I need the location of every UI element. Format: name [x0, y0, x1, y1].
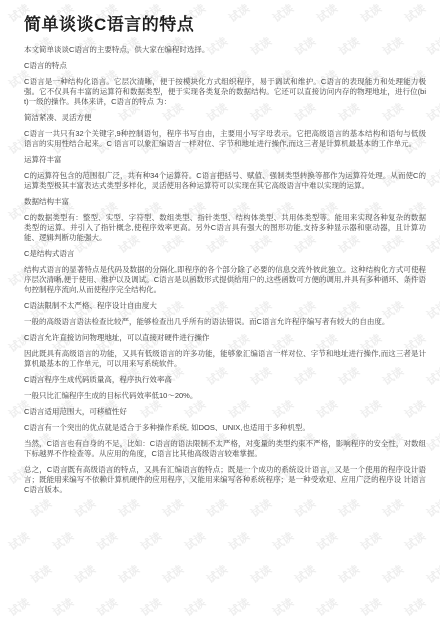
- paragraph: 结构式语言的显著特点是代码及数据的分隔化,即程序的各个部分除了必要的信息交流外彼…: [24, 265, 426, 295]
- watermark-text: 试读: [335, 495, 362, 521]
- page-title: 简单谈谈C语言的特点: [24, 14, 426, 36]
- watermark-text: 试读: [159, 495, 186, 521]
- watermark-text: 试读: [27, 495, 54, 521]
- watermark-text: 试读: [335, 561, 362, 587]
- watermark-text: 试读: [247, 495, 274, 521]
- watermark-text: 试读: [137, 528, 164, 554]
- watermark-text: 试读: [5, 594, 32, 620]
- watermark-text: 试读: [379, 495, 406, 521]
- section-heading: 数据结构丰富: [24, 197, 426, 207]
- paragraph: C语言是一种结构化语言。它层次清晰，便于按模块化方式组织程序，易于调试和维护。C…: [24, 77, 426, 107]
- section-heading: C语法限制不太严格、程序设计自由度大: [24, 301, 426, 311]
- watermark-text: 试读: [423, 495, 440, 521]
- watermark-text: 试读: [247, 561, 274, 587]
- watermark-text: 试读: [401, 594, 428, 620]
- section-heading: C语言程序生成代码质量高，程序执行效率高: [24, 375, 426, 385]
- paragraph: C的数据类型有：整型、实型、字符型、数组类型、指针类型、结构体类型、共用体类型等…: [24, 213, 426, 243]
- watermark-text: 试读: [27, 561, 54, 587]
- paragraph: C语言一共只有32个关键字,9种控制语句，程序书写自由，主要用小写字母表示。它把…: [24, 129, 426, 149]
- watermark-text: 试读: [401, 528, 428, 554]
- watermark-text: 试读: [137, 594, 164, 620]
- section-heading: C语言的特点: [24, 61, 426, 71]
- section-heading: C是结构式语言: [24, 249, 426, 259]
- watermark-text: 试读: [93, 594, 120, 620]
- watermark-text: 试读: [423, 561, 440, 587]
- watermark-text: 试读: [115, 495, 142, 521]
- paragraph: 一般的高级语言语法检查比较严，能够检查出几乎所有的语法错误。而C语言允许程序编写…: [24, 317, 426, 327]
- watermark-text: 试读: [181, 528, 208, 554]
- watermark-text: 试读: [269, 594, 296, 620]
- intro-paragraph: 本文简单谈谈C语言的主要特点，供大家在编程时选择。: [24, 45, 426, 55]
- watermark-text: 试读: [313, 594, 340, 620]
- watermark-text: 试读: [269, 528, 296, 554]
- watermark-text: 试读: [357, 594, 384, 620]
- watermark-text: 试读: [5, 528, 32, 554]
- watermark-text: 试读: [291, 561, 318, 587]
- document-page: 试读试读试读试读试读试读试读试读试读试读试读试读试读试读试读试读试读试读试读试读…: [0, 0, 440, 620]
- watermark-text: 试读: [159, 561, 186, 587]
- watermark-text: 试读: [93, 528, 120, 554]
- watermark-text: 试读: [203, 495, 230, 521]
- paragraph: 因此既具有高级语言的功能，又具有低级语言的许多功能，能够象汇编语言一样对位、字节…: [24, 349, 426, 369]
- watermark-text: 试读: [291, 495, 318, 521]
- section-heading: C语言适用范围大，可移植性好: [24, 407, 426, 417]
- watermark-text: 试读: [71, 495, 98, 521]
- paragraph: C的运算符包含的范围很广泛，共有种34个运算符。C语言把括号、赋值、强制类型转换…: [24, 171, 426, 191]
- watermark-text: 试读: [71, 561, 98, 587]
- section-heading: 运算符丰富: [24, 155, 426, 165]
- paragraph: C语言有一个突出的优点就是适合于多种操作系统, 如DOS、UNIX,也适用于多种…: [24, 423, 426, 433]
- section-heading: C语言允许直接访问物理地址，可以直接对硬件进行操作: [24, 333, 426, 343]
- document-content: 简单谈谈C语言的特点 本文简单谈谈C语言的主要特点，供大家在编程时选择。 C语言…: [0, 0, 440, 495]
- watermark-text: 试读: [49, 528, 76, 554]
- watermark-text: 试读: [115, 561, 142, 587]
- closing-paragraph: 总之，C语言既有高级语言的特点，又具有汇编语言的特点；既是一个成功的系统设计语言…: [24, 465, 426, 495]
- watermark-text: 试读: [225, 594, 252, 620]
- watermark-text: 试读: [203, 561, 230, 587]
- watermark-text: 试读: [379, 561, 406, 587]
- watermark-text: 试读: [225, 528, 252, 554]
- paragraph: 当然，C语言也有自身的不足，比如：C语言的语法限制不太严格，对变量的类型约束不严…: [24, 439, 426, 459]
- paragraph: 一般只比汇编程序生成的目标代码效率低10～20%。: [24, 391, 426, 401]
- watermark-text: 试读: [357, 528, 384, 554]
- section-heading: 简洁紧凑、灵活方便: [24, 113, 426, 123]
- watermark-text: 试读: [49, 594, 76, 620]
- watermark-text: 试读: [313, 528, 340, 554]
- watermark-text: 试读: [181, 594, 208, 620]
